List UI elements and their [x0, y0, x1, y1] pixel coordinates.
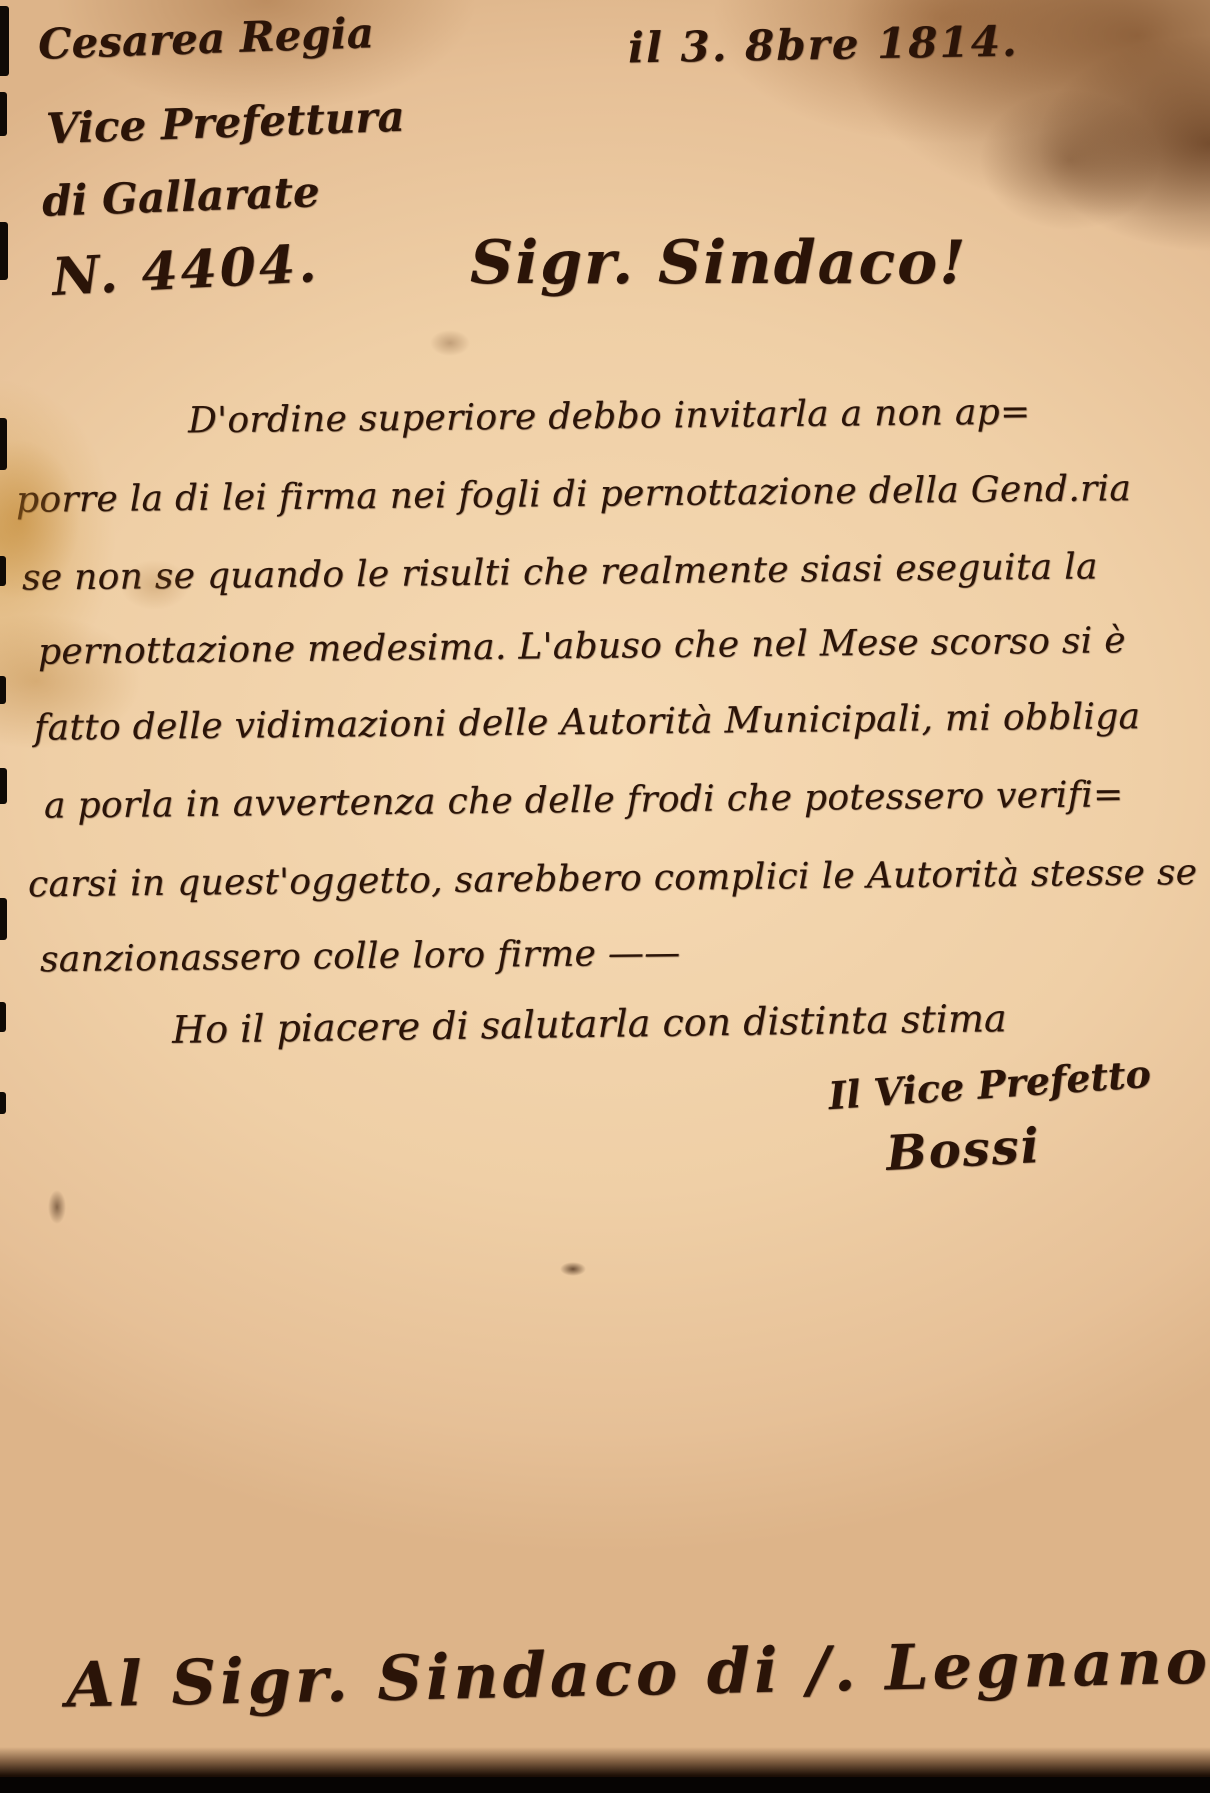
letterhead-line-1: Cesarea Regia: [37, 8, 374, 69]
scan-edge-mark: [0, 6, 9, 76]
letter-page: Cesarea Regia Vice Prefettura di Gallara…: [0, 0, 1210, 1793]
scan-edge-mark: [0, 222, 8, 280]
letterhead-line-3: di Gallarate: [41, 167, 320, 226]
date-line: il 3. 8bre 1814.: [628, 17, 1019, 73]
scan-edge-mark: [0, 1092, 6, 1114]
scan-edge-mark: [0, 768, 7, 804]
paper-stain: [980, 90, 1160, 230]
scan-edge-mark: [0, 898, 7, 940]
body-line: a porla in avvertenza che delle frodi ch…: [44, 774, 1124, 826]
scanner-background: [0, 1777, 1210, 1793]
ink-spot: [560, 1262, 586, 1276]
body-line: pernottazione medesima. L'abuso che nel …: [38, 620, 1126, 672]
scan-edge-mark: [0, 92, 7, 136]
closing-line: Ho il piacere di salutarla con distinta …: [172, 996, 1007, 1052]
body-line: se non se quando le risulti che realment…: [22, 546, 1098, 598]
paper-stain: [430, 330, 470, 356]
scan-edge-mark: [0, 1002, 6, 1032]
scan-edge-mark: [0, 676, 6, 704]
body-line: sanzionassero colle loro firme ——: [40, 933, 681, 981]
scan-edge-mark: [0, 556, 6, 586]
footer-address: Al Sigr. Sindaco di /. Legnano /: [65, 1623, 1210, 1721]
salutation: Sigr. Sindaco!: [470, 228, 967, 298]
signature-name: Bossi: [885, 1118, 1043, 1182]
letterhead-protocol-number: N. 4404.: [51, 233, 321, 308]
ink-spot: [48, 1190, 66, 1224]
body-line: porre la di lei firma nei fogli di perno…: [16, 468, 1132, 521]
body-line: D'ordine superiore debbo invitarla a non…: [188, 392, 1031, 442]
body-line: fatto delle vidimazioni delle Autorità M…: [34, 696, 1141, 749]
body-line: carsi in quest'oggetto, sarebbero compli…: [28, 852, 1210, 906]
scan-edge-mark: [0, 418, 7, 470]
letterhead-line-2: Vice Prefettura: [45, 92, 405, 153]
signature-title: Il Vice Prefetto: [827, 1051, 1152, 1118]
